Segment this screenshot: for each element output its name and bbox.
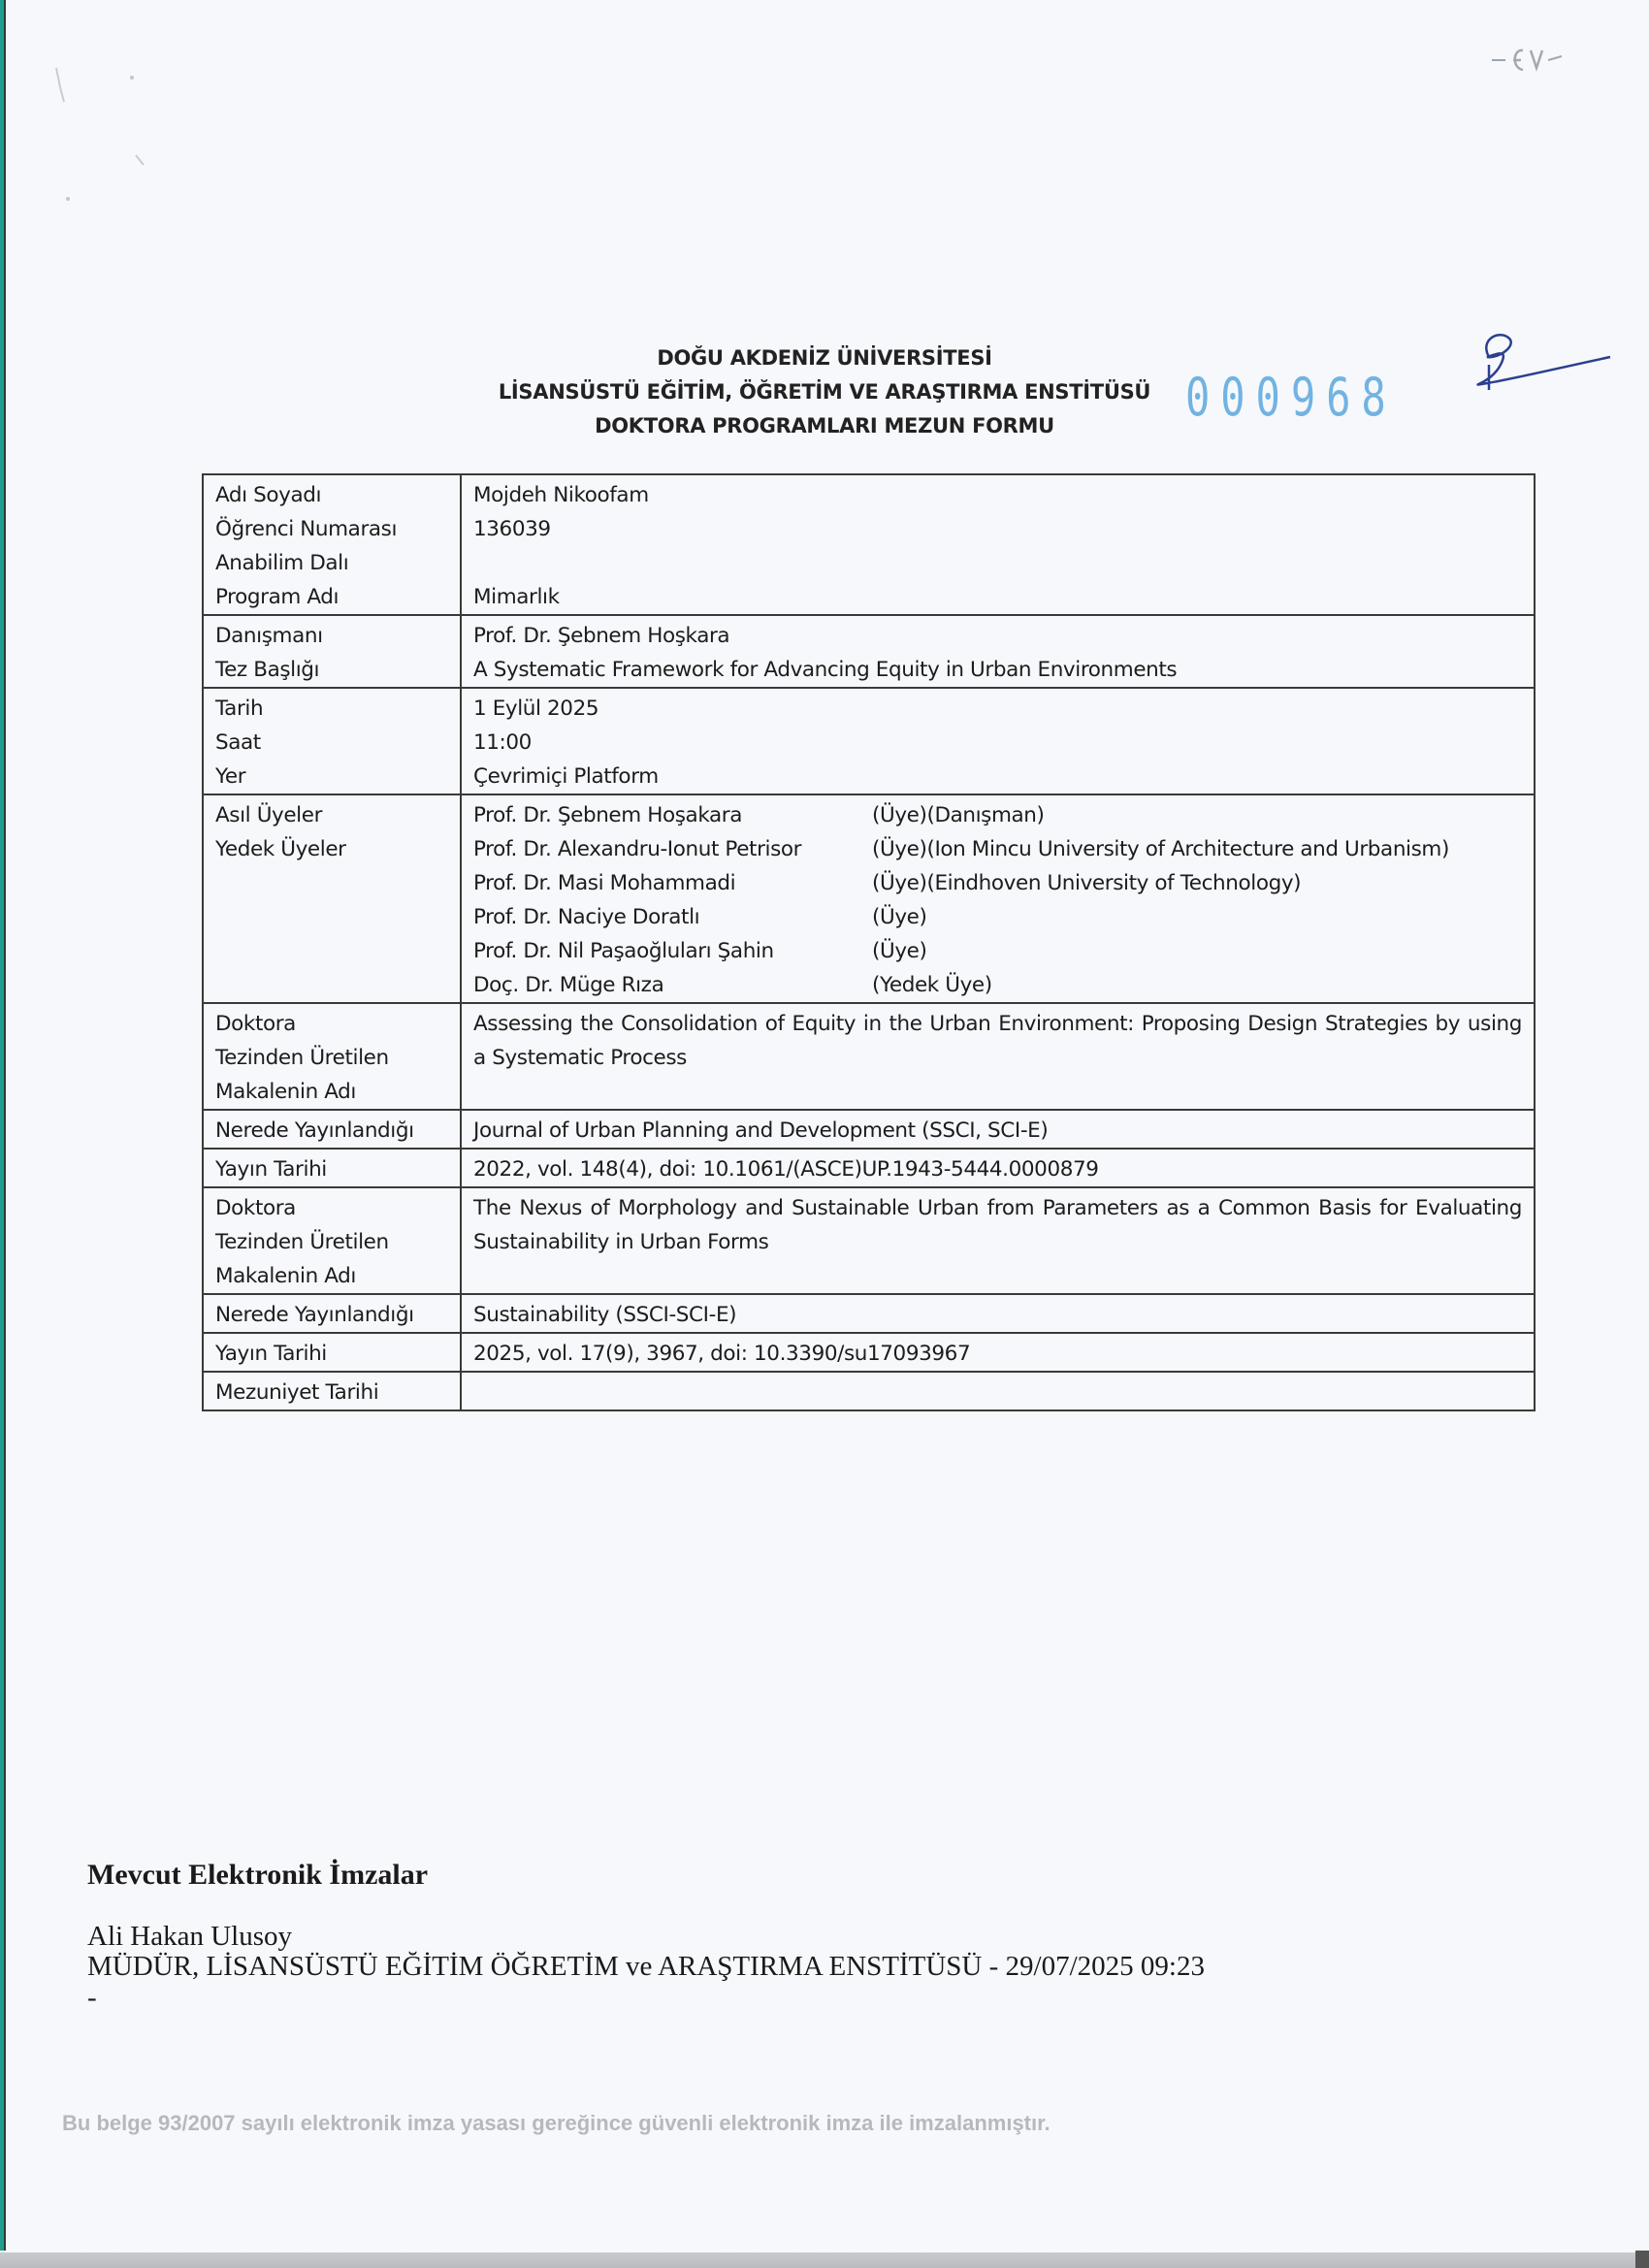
article1-journal-row: Nerede Yayınlandığı Journal of Urban Pla… <box>203 1110 1535 1149</box>
university-name: DOĞU AKDENİZ ÜNİVERSİTESİ <box>427 341 1222 375</box>
advisor-row: Danışmanı Tez Başlığı Prof. Dr. Şebnem H… <box>203 615 1535 688</box>
label-thesis-title: Tez Başlığı <box>215 653 448 687</box>
member-name: Prof. Dr. Masi Mohammadi <box>473 866 872 900</box>
defense-row: Tarih Saat Yer 1 Eylül 2025 11:00 Çevrim… <box>203 688 1535 794</box>
label-department: Anabilim Dalı <box>215 546 448 580</box>
member-role: (Üye)(Danışman) <box>872 798 1522 832</box>
signatures-heading: Mevcut Elektronik İmzalar <box>87 1858 1205 1893</box>
article2-journal-row: Nerede Yayınlandığı Sustainability (SSCI… <box>203 1294 1535 1333</box>
committee-member-list: Prof. Dr. Şebnem Hoşakara (Üye)(Danışman… <box>473 798 1522 1002</box>
article1-title-row: Doktora Tezinden Üretilen Makalenin Adı … <box>203 1003 1535 1110</box>
institute-name: LİSANSÜSTÜ EĞİTİM, ÖĞRETİM VE ARAŞTIRMA … <box>427 375 1222 409</box>
member-name: Doç. Dr. Müge Rıza <box>473 968 872 1002</box>
scan-specks-decoration <box>39 58 145 213</box>
article2-date-row: Yayın Tarihi 2025, vol. 17(9), 3967, doi… <box>203 1333 1535 1372</box>
label-program: Program Adı <box>215 580 448 614</box>
member-name: Prof. Dr. Şebnem Hoşakara <box>473 798 872 832</box>
electronic-signatures: Mevcut Elektronik İmzalar Ali Hakan Ulus… <box>87 1858 1205 2013</box>
scan-edge-bottom <box>0 2252 1649 2268</box>
label-time: Saat <box>215 726 448 760</box>
value-department <box>473 546 1522 580</box>
label-publication-date: Yayın Tarihi <box>215 1152 448 1186</box>
label-article-1: Doktora <box>215 1191 448 1225</box>
student-info-row: Adı Soyadı Öğrenci Numarası Anabilim Dal… <box>203 474 1535 615</box>
label-main-members: Asıl Üyeler <box>215 798 448 832</box>
signer-extra: - <box>87 1982 1205 2013</box>
label-place: Yer <box>215 760 448 794</box>
label-student-number: Öğrenci Numarası <box>215 512 448 546</box>
value-name: Mojdeh Nikoofam <box>473 478 1522 512</box>
value-advisor: Prof. Dr. Şebnem Hoşkara <box>473 619 1522 653</box>
document-header: DOĞU AKDENİZ ÜNİVERSİTESİ LİSANSÜSTÜ EĞİ… <box>427 341 1222 443</box>
graduate-form-table: Adı Soyadı Öğrenci Numarası Anabilim Dal… <box>202 473 1536 1411</box>
stamp-serial-number: 000968 <box>1185 367 1397 428</box>
value-article1-journal: Journal of Urban Planning and Developmen… <box>473 1114 1522 1148</box>
member-role: (Üye) <box>872 900 1522 934</box>
label-article-1: Doktora <box>215 1007 448 1041</box>
value-article2-date: 2025, vol. 17(9), 3967, doi: 10.3390/su1… <box>473 1337 1522 1371</box>
member-role: (Yedek Üye) <box>872 968 1522 1002</box>
member-name: Prof. Dr. Naciye Doratlı <box>473 900 872 934</box>
label-published-in: Nerede Yayınlandığı <box>215 1114 448 1148</box>
form-title: DOKTORA PROGRAMLARI MEZUN FORMU <box>427 409 1222 443</box>
value-article1-title: Assessing the Consolidation of Equity in… <box>473 1007 1522 1075</box>
value-graduation-date <box>473 1376 1522 1409</box>
member-name: Prof. Dr. Alexandru-Ionut Petrisor <box>473 832 872 866</box>
label-advisor: Danışmanı <box>215 619 448 653</box>
label-article-3: Makalenin Adı <box>215 1075 448 1109</box>
label-article-3: Makalenin Adı <box>215 1259 448 1293</box>
value-program: Mimarlık <box>473 580 1522 614</box>
value-time: 11:00 <box>473 726 1522 760</box>
member-role: (Üye)(Ion Mincu University of Architectu… <box>872 832 1522 866</box>
label-article-2: Tezinden Üretilen <box>215 1041 448 1075</box>
signer-name: Ali Hakan Ulusoy <box>87 1922 1205 1951</box>
label-publication-date: Yayın Tarihi <box>215 1337 448 1371</box>
label-date: Tarih <box>215 692 448 726</box>
label-graduation-date: Mezuniyet Tarihi <box>215 1376 448 1409</box>
value-student-number: 136039 <box>473 512 1522 546</box>
value-article1-date: 2022, vol. 148(4), doi: 10.1061/(ASCE)UP… <box>473 1152 1522 1186</box>
label-name: Adı Soyadı <box>215 478 448 512</box>
article2-title-row: Doktora Tezinden Üretilen Makalenin Adı … <box>203 1187 1535 1294</box>
value-article2-journal: Sustainability (SSCI-SCI-E) <box>473 1298 1522 1332</box>
graduation-row: Mezuniyet Tarihi <box>203 1372 1535 1410</box>
committee-row: Asıl Üyeler Yedek Üyeler Prof. Dr. Şebne… <box>203 794 1535 1003</box>
member-name: Prof. Dr. Nil Paşaoğluları Şahin <box>473 934 872 968</box>
signer-role: MÜDÜR, LİSANSÜSTÜ EĞİTİM ÖĞRETİM ve ARAŞ… <box>87 1951 1205 1982</box>
member-role: (Üye) <box>872 934 1522 968</box>
label-published-in: Nerede Yayınlandığı <box>215 1298 448 1332</box>
label-substitute-members: Yedek Üyeler <box>215 832 448 866</box>
handwritten-corner-note-icon <box>1484 39 1571 78</box>
label-article-2: Tezinden Üretilen <box>215 1225 448 1259</box>
value-article2-title: The Nexus of Morphology and Sustainable … <box>473 1191 1522 1259</box>
article1-date-row: Yayın Tarihi 2022, vol. 148(4), doi: 10.… <box>203 1149 1535 1187</box>
legal-footer-note: Bu belge 93/2007 sayılı elektronik imza … <box>62 2111 1051 2136</box>
scan-edge-corner <box>1635 2251 1649 2268</box>
value-thesis-title: A Systematic Framework for Advancing Equ… <box>473 653 1522 687</box>
value-date: 1 Eylül 2025 <box>473 692 1522 726</box>
member-role: (Üye)(Eindhoven University of Technology… <box>872 866 1522 900</box>
handwritten-initials-icon <box>1470 330 1615 407</box>
value-place: Çevrimiçi Platform <box>473 760 1522 794</box>
